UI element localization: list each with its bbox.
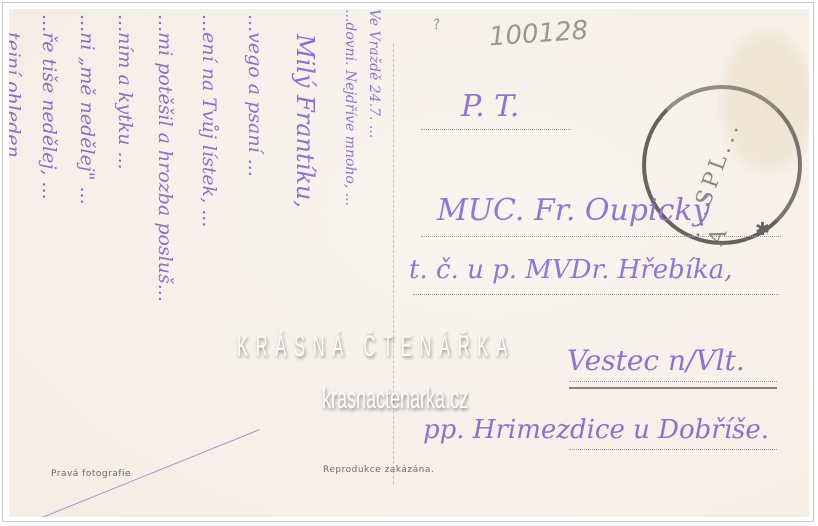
address-rule-4 [569,381,777,382]
address-line-5: pp. Hrimezdice u Dobříše. [423,415,769,445]
watermark-title: KRÁSNÁ ČTENÁŘKA [237,330,578,364]
address-rule-5 [569,449,777,450]
address-underline [569,387,777,389]
address-line-3: t. č. u p. MVDr. Hřebíka, [409,255,733,285]
postcard-back: ...tejní ohleden, ... ...ře tiše nedělej… [9,9,809,517]
message-column: ...ení na Tvůj lístek, ... [199,14,218,227]
catalog-prefix-mark: ? [432,16,442,33]
watermark-url: krasnactenarka.cz [322,382,468,416]
message-column: ...ře tiše nedělej, ... [39,14,58,200]
address-line-2: MUC. Fr. Oupický [437,193,710,228]
message-column: ...ni „mě nedělej" ... [77,14,96,205]
catalog-number: 100128 [488,16,589,53]
address-line-1: P. T. [461,89,519,124]
message-column: ...vego a psaní ... [245,14,264,177]
address-rule-1 [421,129,571,130]
message-column: ...dovni. Nejdříve mnoho, ... [343,9,357,206]
message-column: ...ním a kytku ... [115,14,134,170]
printed-label-reproduction-prohibited: Reprodukce zakázána. [323,465,434,475]
message-date: Ve Vraždě 24.7. ... [367,9,381,138]
address-rule-2 [421,236,781,237]
message-column: ...tejní ohleden, ... [9,14,22,188]
message-column: ...mi potěšil a hrozba posluš... [155,14,174,302]
message-column-salutation: Milý Frantíku, [293,34,317,208]
center-divider [393,44,394,484]
address-rule-3 [413,294,779,295]
address-line-4: Vestec n/Vlt. [567,344,745,377]
printed-label-real-photo: Pravá fotografie [51,469,131,479]
